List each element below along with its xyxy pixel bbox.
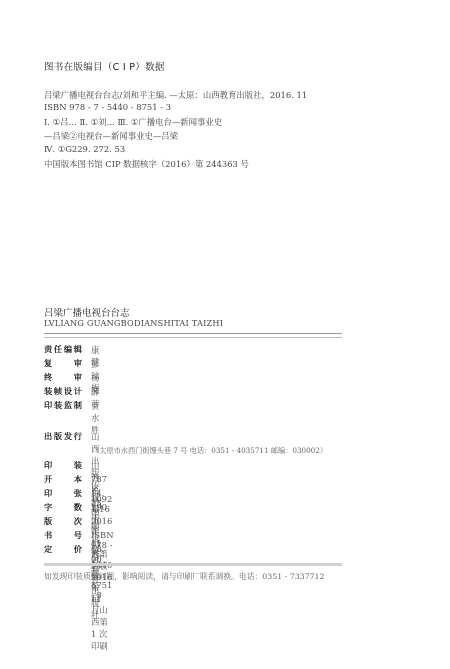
cip-line: Ⅳ. ①G229. 272. 53 [44,144,125,154]
pub-label: 出版发行 [44,431,82,442]
pub-label: 版次 [44,516,82,527]
cip-line: —吕梁②电视台—新闻事业史—吕梁 [44,130,178,142]
credit-label: 复审 [44,358,82,369]
bottom-rule-divider [44,563,342,566]
quality-contact-note: 如发现印装质量问题，影响阅读，请与印刷厂联系调换。电话：0351 - 73377… [44,571,324,582]
cip-line: 吕梁广播电视台台志/刘和平主编. —太原：山西教育出版社，2016. 11 [44,89,307,101]
book-title: 吕梁广播电视台台志 [44,305,130,319]
pub-label: 字数 [44,502,82,513]
credit-label: 印装监制 [44,400,82,411]
copyright-page: 图书在版编目（C I P）数据 吕梁广播电视台台志/刘和平主编. —太原：山西教… [0,0,450,669]
pub-label: 定价 [44,544,82,555]
double-rule-divider [44,333,342,338]
cip-line: ISBN 978 - 7 - 5440 - 8751 - 3 [44,102,171,112]
publisher-address: （太原市水西门街馒头巷 7 号 电话：0351 - 4035711 邮编：030… [92,446,327,456]
cip-line: 中国版本图书馆 CIP 数据核字（2016）第 244363 号 [44,158,249,170]
cip-heading: 图书在版编目（C I P）数据 [44,59,165,73]
pub-label: 开本 [44,474,82,485]
book-pinyin-title: LVLIANG GUANGBODIANSHITAI TAIZHI [44,318,223,328]
credit-label: 责任编辑 [44,344,82,355]
cip-line: Ⅰ. ①吕… Ⅱ. ①刘… Ⅲ. ①广播电台—新闻事业史 [44,116,222,128]
pub-label: 印装 [44,460,82,471]
pub-label: 书号 [44,530,82,541]
credit-label: 终审 [44,372,82,383]
credit-label: 装帧设计 [44,386,82,397]
pub-label: 印张 [44,488,82,499]
